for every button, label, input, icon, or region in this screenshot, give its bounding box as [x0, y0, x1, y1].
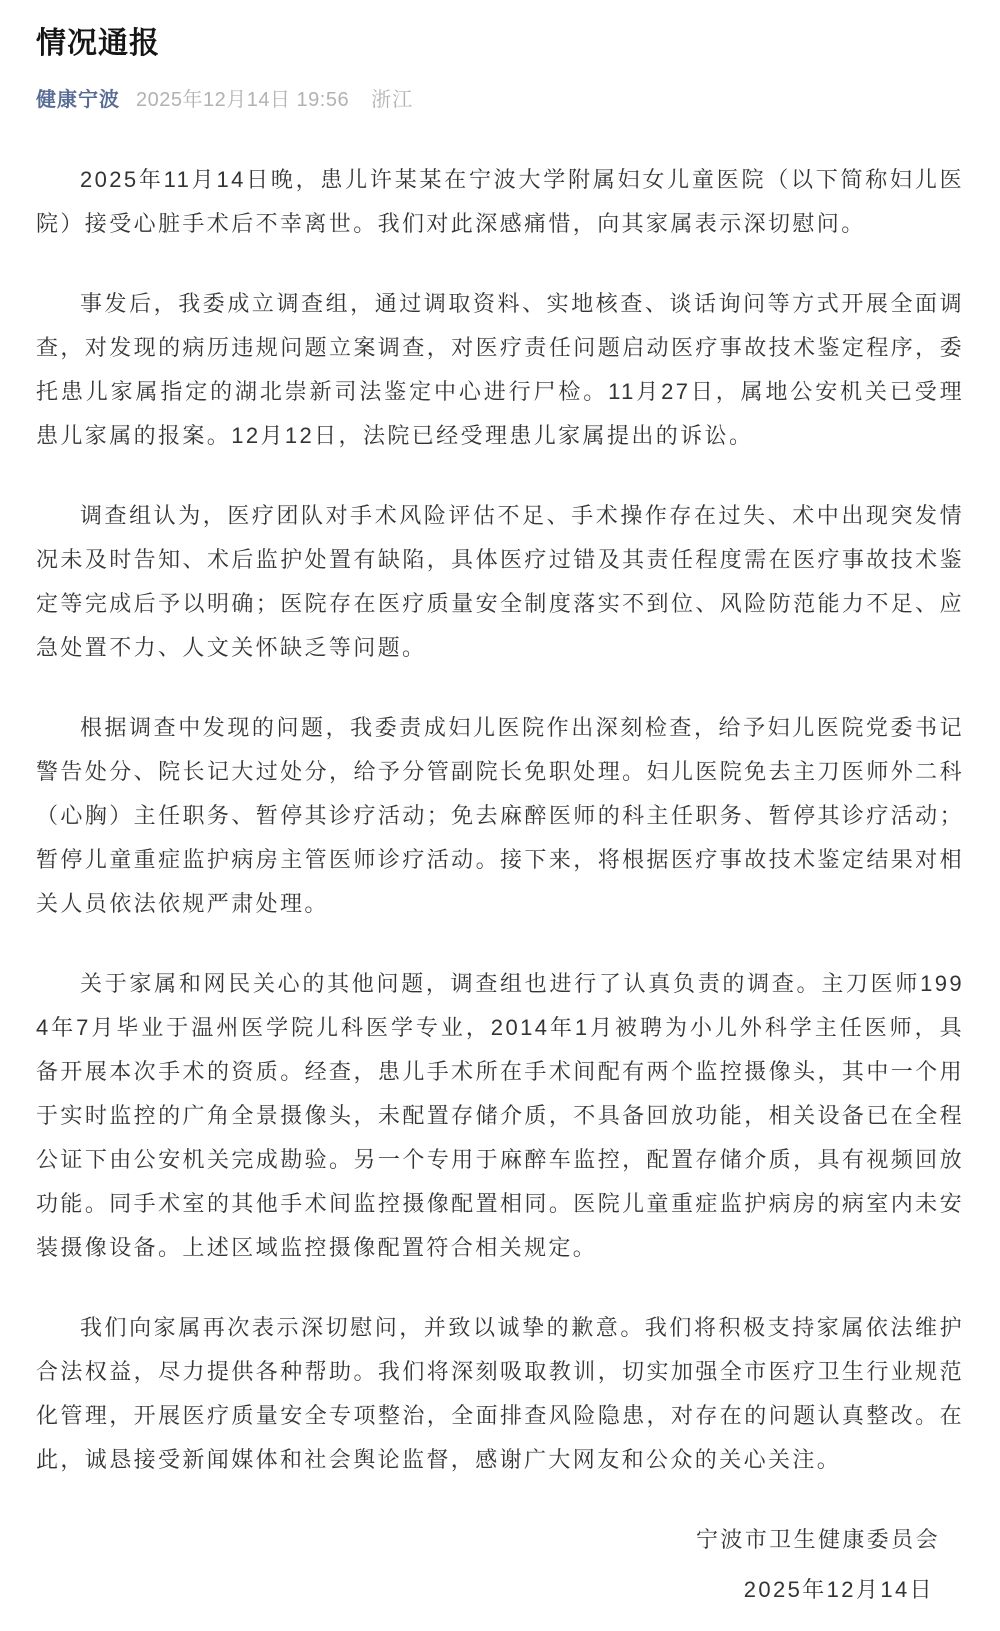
signoff-date: 2025年12月14日	[36, 1568, 964, 1612]
article-paragraph: 事发后，我委成立调查组，通过调取资料、实地核查、谈话询问等方式开展全面调查，对发…	[36, 282, 964, 458]
article-title: 情况通报	[36, 26, 964, 62]
publish-location: 浙江	[371, 86, 413, 114]
article-page: 情况通报 健康宁波 2025年12月14日 19:56 浙江 2025年11月1…	[0, 0, 1000, 1631]
account-name-link[interactable]: 健康宁波	[36, 86, 120, 114]
signoff-organization: 宁波市卫生健康委员会	[36, 1518, 964, 1562]
article-paragraph: 我们向家属再次表示深切慰问，并致以诚挚的歉意。我们将积极支持家属依法维护合法权益…	[36, 1306, 964, 1482]
byline: 健康宁波 2025年12月14日 19:56 浙江	[36, 86, 964, 114]
article-paragraph: 2025年11月14日晚，患儿许某某在宁波大学附属妇女儿童医院（以下简称妇儿医院…	[36, 158, 964, 246]
article-paragraph: 关于家属和网民关心的其他问题，调查组也进行了认真负责的调查。主刀医师1994年7…	[36, 962, 964, 1270]
article-paragraph: 根据调查中发现的问题，我委责成妇儿医院作出深刻检查，给予妇儿医院党委书记警告处分…	[36, 706, 964, 926]
signoff-block: 宁波市卫生健康委员会 2025年12月14日	[36, 1518, 964, 1612]
publish-timestamp: 2025年12月14日 19:56	[136, 86, 349, 114]
article-body: 2025年11月14日晚，患儿许某某在宁波大学附属妇女儿童医院（以下简称妇儿医院…	[36, 158, 964, 1482]
article-paragraph: 调查组认为，医疗团队对手术风险评估不足、手术操作存在过失、术中出现突发情况未及时…	[36, 494, 964, 670]
